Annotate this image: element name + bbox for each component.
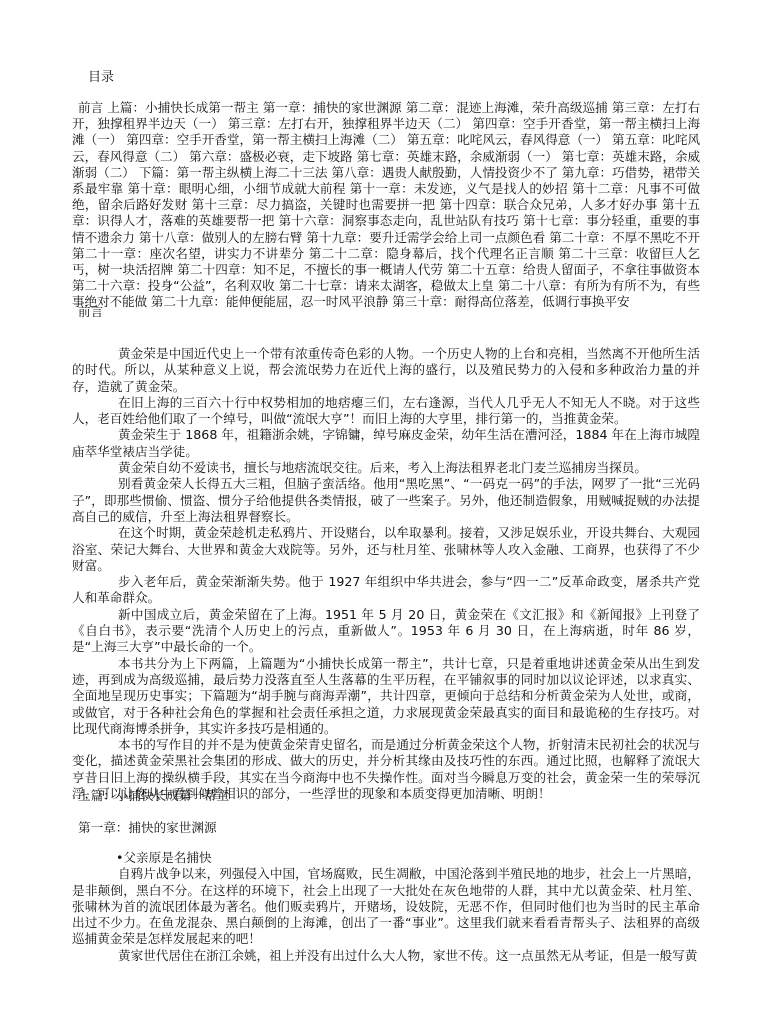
chapter-paragraph: 自鸦片战争以来，列强侵入中国，官场腐败，民生凋敝，中国沦落到半殖民地的地步，社会… — [72, 866, 700, 947]
toc-body: 前言 上篇：小捕快长成第一帮主 第一章：捕快的家世渊源 第二章：混迹上海滩，荣升… — [72, 100, 700, 311]
preface-paragraph: 新中国成立后，黄金荣留在了上海。1951 年 5 月 20 日，黄金荣在《文汇报… — [72, 607, 700, 656]
preface-paragraph: 黄金荣自幼不爱读书，擅长与地痞流氓交往。后来，考入上海法租界老北门麦兰巡捕房当探… — [72, 460, 700, 476]
chapter-one-body: •父亲原是名捕快 自鸦片战争以来，列强侵入中国，官场腐败，民生凋敝，中国沦落到半… — [72, 850, 700, 964]
preface-body: 黄金荣是中国近代史上一个带有浓重传奇色彩的人物。一个历史人物的上台和亮相，当然离… — [72, 346, 700, 802]
preface-paragraph: 黄金荣生于 1868 年，祖籍浙余姚，字锦镛，绰号麻皮金荣，幼年生活在漕河泾，1… — [72, 427, 700, 460]
preface-paragraph: 在旧上海的三百六十行中权势相加的地痞瘪三们，左右逢源，当代人几乎无人不知无人不晓… — [72, 395, 700, 428]
preface-heading: 前言 — [78, 304, 103, 320]
preface-paragraph: 本书共分为上下两篇，上篇题为“小捕快长成第一帮主”，共计七章，只是着重地讲述黄金… — [72, 656, 700, 737]
preface-paragraph: 在这个时期，黄金荣趁机走私鸦片、开设赌台，以牟取暴利。接着，又涉足娱乐业，开设共… — [72, 525, 700, 574]
chapter-one-heading: 第一章：捕快的家世渊源 — [78, 820, 217, 836]
preface-paragraph: 黄金荣是中国近代史上一个带有浓重传奇色彩的人物。一个历史人物的上台和亮相，当然离… — [72, 346, 700, 395]
part-one-heading: 上篇：小捕快长成第一帮主 — [78, 788, 229, 804]
section-bullet: •父亲原是名捕快 — [72, 850, 700, 866]
preface-paragraph: 步入老年后，黄金荣渐渐失势。他于 1927 年组织中华共进会，参与“四一二”反革… — [72, 574, 700, 607]
chapter-paragraph: 黄家世代居住在浙江余姚，祖上并没有出过什么大人物，家世不传。这一点虽然无从考证，… — [72, 948, 700, 964]
toc-title: 目录 — [88, 70, 114, 86]
preface-paragraph: 别看黄金荣人长得五大三粗，但脑子蛮活络。他用“黑吃黑”、“一码克一码”的手法，网… — [72, 476, 700, 525]
